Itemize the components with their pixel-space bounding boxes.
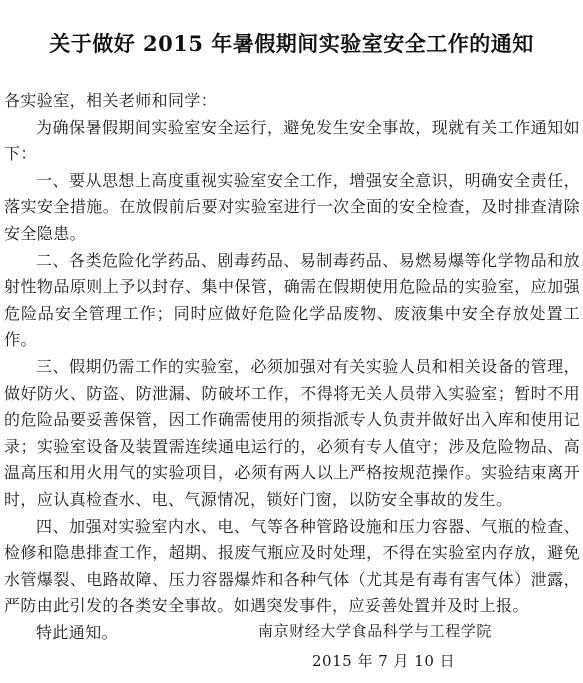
paragraph-intro: 为确保暑假期间实验室安全运行，避免发生安全事故，现就有关工作通知如下： <box>4 115 580 168</box>
salutation: 各实验室，相关老师和同学： <box>4 88 580 115</box>
paragraph-2: 二、各类危险化学药品、剧毒药品、易制毒药品、易燃易爆等化学物品和放射性物品原则上… <box>4 248 580 354</box>
signature: 南京财经大学食品科学与工程学院 <box>258 620 492 641</box>
paragraph-4: 四、加强对实验室内水、电、气等各种管路设施和压力容器、气瓶的检查、检修和隐患排查… <box>4 514 580 620</box>
paragraph-3: 三、假期仍需工作的实验室，必须加强对有关实验人员和相关设备的管理，做好防火、防盗… <box>4 354 580 514</box>
document-title: 关于做好 2015 年暑假期间实验室安全工作的通知 <box>0 28 583 58</box>
document-body: 各实验室，相关老师和同学： 为确保暑假期间实验室安全运行，避免发生安全事故，现就… <box>4 88 580 646</box>
date: 2015 年 7 月 10 日 <box>312 650 455 671</box>
paragraph-1: 一、要从思想上高度重视实验室安全工作，增强安全意识，明确安全责任，落实安全措施。… <box>4 168 580 248</box>
